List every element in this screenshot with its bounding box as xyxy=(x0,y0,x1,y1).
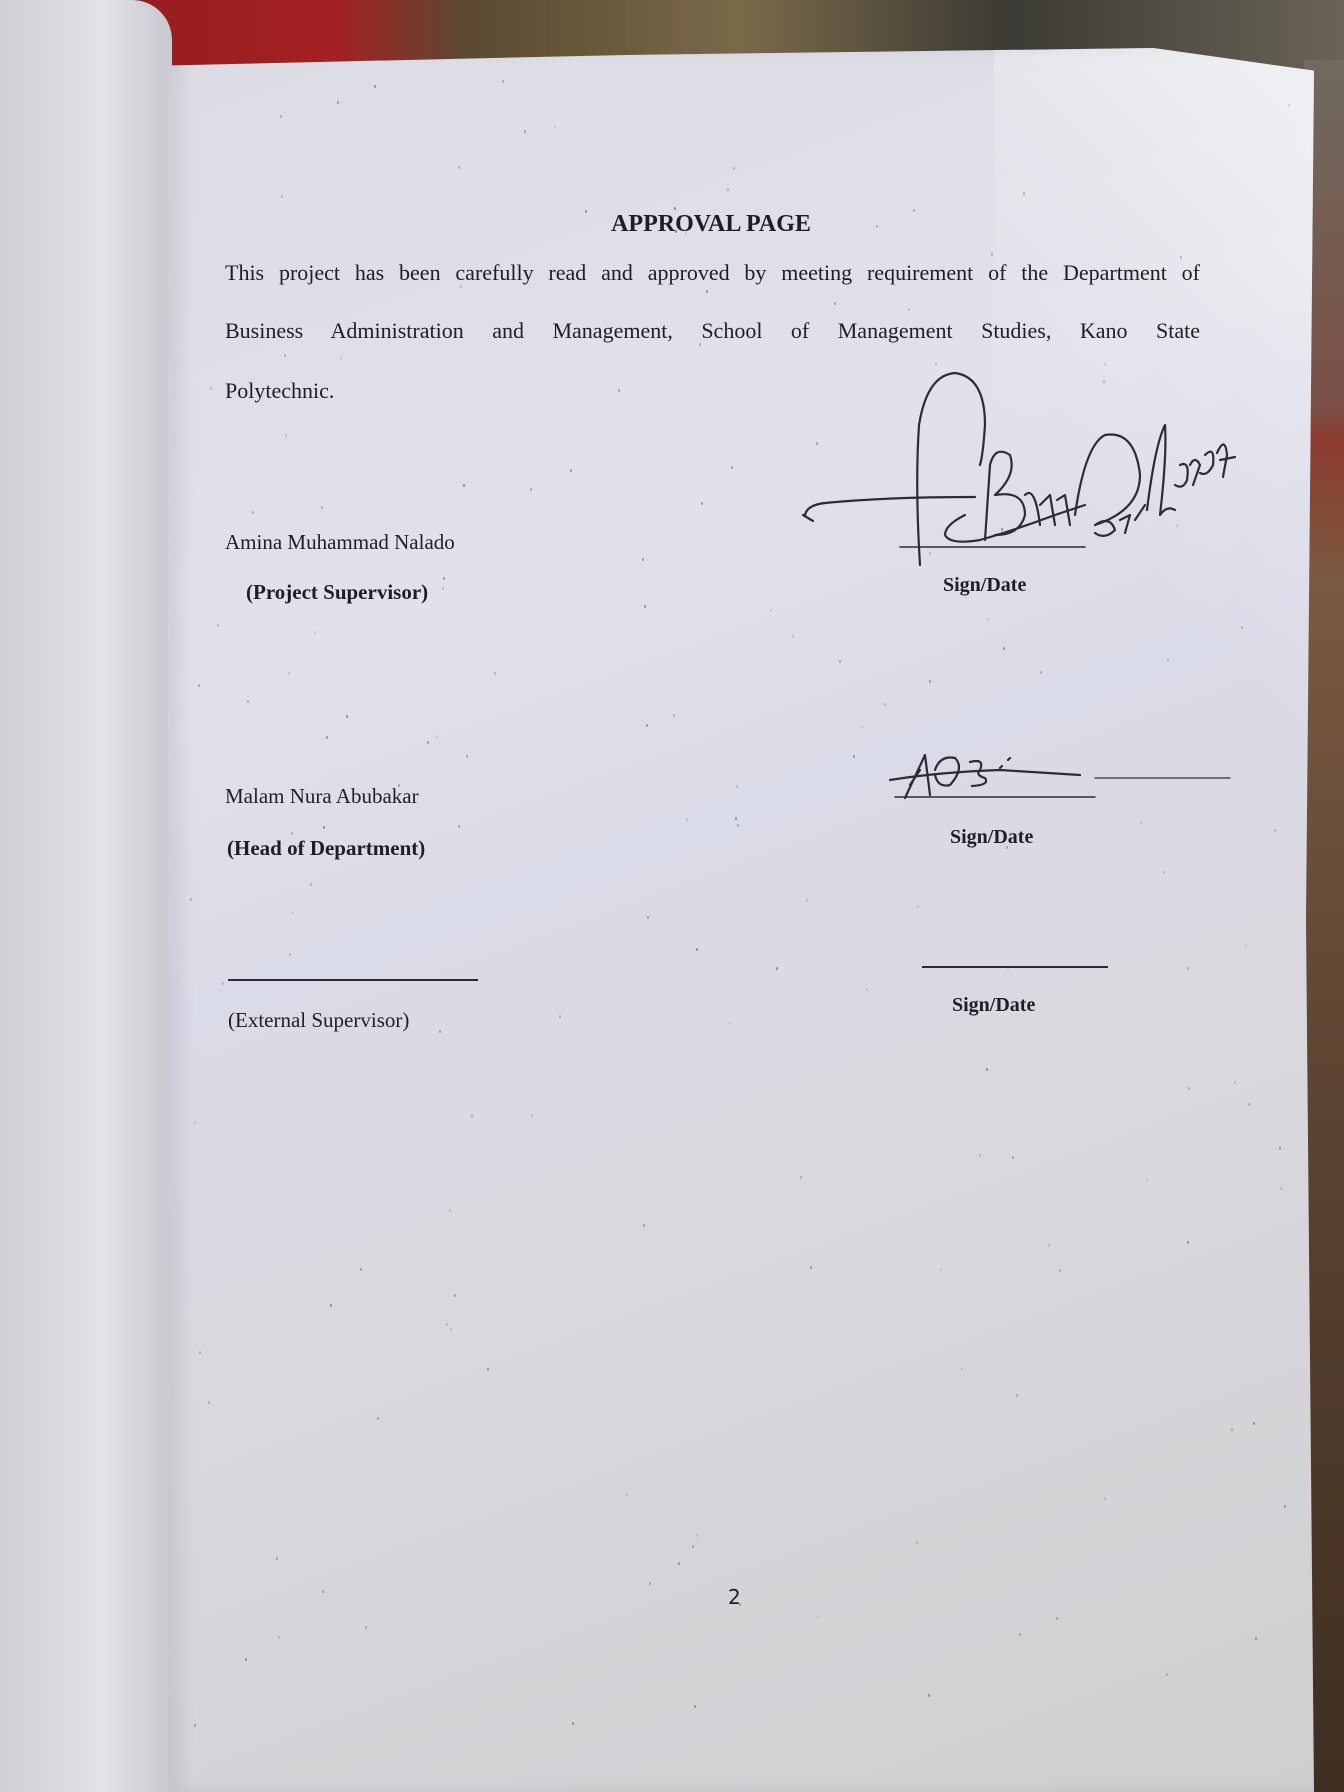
approval-statement-line-2: Business Administration and Management, … xyxy=(225,318,1200,344)
external-supervisor-role: (External Supervisor) xyxy=(228,1008,409,1033)
project-supervisor-sign-date-label: Sign/Date xyxy=(943,574,1026,597)
project-supervisor-name: Amina Muhammad Nalado xyxy=(225,530,455,555)
head-of-department-signature xyxy=(880,740,1240,810)
previous-page-edge xyxy=(0,0,172,1792)
approval-statement-line-1: This project has been carefully read and… xyxy=(225,260,1200,286)
head-of-department-role: (Head of Department) xyxy=(227,836,425,861)
external-supervisor-name-line xyxy=(228,979,478,981)
external-supervisor-sign-date-label: Sign/Date xyxy=(952,994,1035,1017)
project-supervisor-role: (Project Supervisor) xyxy=(246,580,428,605)
page-title: APPROVAL PAGE xyxy=(0,211,1344,238)
project-supervisor-signature xyxy=(795,365,1275,565)
head-of-department-name: Malam Nura Abubakar xyxy=(225,784,419,809)
external-supervisor-signature-line[interactable] xyxy=(922,966,1108,968)
page-number: 2 xyxy=(728,1585,741,1609)
head-of-department-sign-date-label: Sign/Date xyxy=(950,826,1033,849)
document-page xyxy=(168,48,1314,1792)
